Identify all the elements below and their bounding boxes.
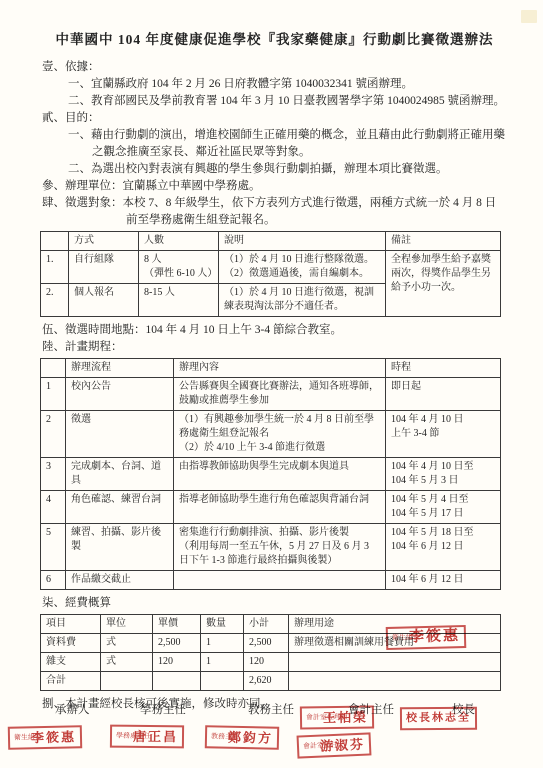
stamp-name: 鄭鈞方: [228, 729, 273, 747]
section-basis-heading: 壹、依據：: [42, 59, 507, 76]
document-body: 中華國中 104 年度健康促進學校『我家藥健康』行動劇比賽徵選辦法 壹、依據： …: [0, 30, 543, 713]
table-cell: 即日起: [386, 378, 501, 411]
column-header: 時程: [386, 359, 501, 378]
table-cell-note: 全程參加學生給予嘉獎兩次，得獎作品學生另給予小功一次。: [386, 251, 501, 317]
table-cell: 2: [41, 411, 66, 458]
table-row: 合計 2,620: [41, 672, 501, 691]
table-cell: 公告縣賽與全國賽比賽辦法，通知各班導師，鼓勵或推薦學生參加: [174, 378, 386, 411]
table-cell: 8-15 人: [139, 284, 219, 317]
column-header: 單位: [101, 615, 153, 634]
table-row: 1 校內公告 公告縣賽與全國賽比賽辦法，通知各班導師，鼓勵或推薦學生參加 即日起: [41, 378, 501, 411]
table-cell: 由指導教師協助與學生完成劇本與道具: [174, 458, 386, 491]
table-cell: 2,500: [244, 634, 289, 653]
table-cell: [289, 653, 501, 672]
stamp-name: 王柏榮: [323, 709, 368, 727]
table-cell: 2.: [41, 284, 69, 317]
section-budget-heading: 柒、經費概算: [42, 595, 507, 612]
table-cell: 1: [201, 653, 244, 672]
stamp-accounting-director: 會計室主任 游淑芬: [297, 732, 372, 758]
basis-item-2: 二、教育部國民及學前教育署 104 年 3 月 10 日臺教國署學字第 1040…: [68, 93, 507, 110]
table-cell: [289, 672, 501, 691]
table-cell: 104 年 5 月 18 日至 104 年 6 月 12 日: [386, 524, 501, 571]
table-cell: 密集進行行動劇排演、拍攝、影片後製 （利用每周一至五午休，5 月 27 日及 6…: [174, 524, 386, 571]
document-page: 中華國中 104 年度健康促進學校『我家藥健康』行動劇比賽徵選辦法 壹、依據： …: [0, 0, 543, 768]
sig-label-handler: 承辦人: [55, 702, 90, 719]
column-header: [41, 359, 66, 378]
column-header: 數量: [201, 615, 244, 634]
table-cell: 1: [201, 634, 244, 653]
table-cell: 式: [101, 634, 153, 653]
table-row: 4 角色確認、練習台詞 指導老師協助學生進行角色確認與背誦台詞 104 年 5 …: [41, 491, 501, 524]
column-header: 小計: [244, 615, 289, 634]
table-cell: 8 人 （彈性 6-10 人）: [139, 251, 219, 284]
table-cell: 自行組隊: [69, 251, 139, 284]
table-cell: 1: [41, 378, 66, 411]
table-row: 6 作品繳交截止 104 年 6 月 12 日: [41, 571, 501, 590]
stamp-name: 李筱惠: [409, 628, 460, 646]
scan-artifact: [521, 10, 537, 23]
section-time-place: 伍、徵選時間地點：104 年 4 月 10 日上午 3-4 節綜合教室。: [42, 322, 507, 339]
column-header: 項目: [41, 615, 101, 634]
selection-method-table: 方式 人數 說明 備註 1. 自行組隊 8 人 （彈性 6-10 人） （1）於…: [40, 231, 501, 317]
column-header: 人數: [139, 232, 219, 251]
column-header: 備註: [386, 232, 501, 251]
table-row: 1. 自行組隊 8 人 （彈性 6-10 人） （1）於 4 月 10 日進行整…: [41, 251, 501, 284]
table-cell: 120: [153, 653, 201, 672]
stamp-title: 會計室佐理員: [306, 714, 321, 722]
section-purpose-heading: 貳、目的：: [42, 110, 507, 127]
table-header-row: 方式 人數 說明 備註: [41, 232, 501, 251]
schedule-table: 辦理流程 辦理內容 時程 1 校內公告 公告縣賽與全國賽比賽辦法，通知各班導師，…: [40, 358, 501, 590]
table-cell: [153, 672, 201, 691]
stamp-title: 衛生組長: [14, 734, 29, 742]
table-cell: 雜支: [41, 653, 101, 672]
section-organizer: 參、辦理單位：宜蘭縣立中華國中學務處。: [42, 178, 507, 195]
stamp-name: 唐正昌: [133, 728, 178, 745]
sig-label-student-affairs: 學務主任: [140, 702, 186, 719]
budget-area: 項目 單位 單價 數量 小計 辦理用途 資料費 式 2,500 1 2,500 …: [42, 614, 507, 691]
table-row: 雜支 式 120 1 120: [41, 653, 501, 672]
document-title: 中華國中 104 年度健康促進學校『我家藥健康』行動劇比賽徵選辦法: [42, 30, 507, 50]
table-cell: [201, 672, 244, 691]
stamp-title: 會計室主任: [303, 742, 318, 750]
table-cell: 6: [41, 571, 66, 590]
stamp-title: 教務主任: [211, 733, 226, 741]
stamp-name: 校長林志全: [406, 710, 471, 727]
table-cell: 2,620: [244, 672, 289, 691]
table-cell: 5: [41, 524, 66, 571]
table-cell: 2,500: [153, 634, 201, 653]
column-header: [41, 232, 69, 251]
table-cell: （1）有興趣參加學生統一於 4 月 8 日前至學務處衛生組登記報名 （2）於 4…: [174, 411, 386, 458]
sig-label-academic-affairs: 教務主任: [248, 702, 294, 719]
section-schedule-heading: 陸、計畫期程：: [42, 339, 507, 356]
signature-block: 承辦人 學務主任 教務主任 會計主任 校長 衛生組長 李筱惠 學務處主任 唐正昌…: [42, 700, 502, 766]
table-cell: 104 年 5 月 4 日至 104 年 5 月 17 日: [386, 491, 501, 524]
table-cell: 資料費: [41, 634, 101, 653]
column-header: 辦理流程: [66, 359, 174, 378]
table-cell: 練習、拍攝、影片後製: [66, 524, 174, 571]
column-header: 辦理內容: [174, 359, 386, 378]
basis-item-1: 一、宜蘭縣政府 104 年 2 月 26 日府教體字第 1040032341 號…: [68, 76, 507, 93]
table-cell: 指導老師協助學生進行角色確認與背誦台詞: [174, 491, 386, 524]
stamp-accounting-clerk: 會計室佐理員 王柏榮: [300, 705, 374, 729]
table-cell: 104 年 4 月 10 日至 104 年 5 月 3 日: [386, 458, 501, 491]
table-cell: （1）於 4 月 10 日進行徵選，視訓練表現淘汰部分不適任者。: [219, 284, 386, 317]
table-cell: 角色確認、練習台詞: [66, 491, 174, 524]
section-target: 肆、徵選對象：本校 7、8 年級學生，依下方表列方式進行徵選，兩種方式統一於 4…: [42, 195, 507, 229]
table-cell: 1.: [41, 251, 69, 284]
table-cell: 3: [41, 458, 66, 491]
table-cell: 個人報名: [69, 284, 139, 317]
stamp-student-affairs-director: 學務處主任 唐正昌: [110, 725, 184, 749]
table-cell: [101, 672, 153, 691]
table-cell: 120: [244, 653, 289, 672]
table-cell: 4: [41, 491, 66, 524]
table-header-row: 辦理流程 辦理內容 時程: [41, 359, 501, 378]
column-header: 說明: [219, 232, 386, 251]
table-cell: 完成劇本、台詞、道具: [66, 458, 174, 491]
stamp-name: 李筱惠: [31, 728, 76, 746]
table-cell: 104 年 4 月 10 日 上午 3-4 節: [386, 411, 501, 458]
stamp-health-section-chief: 衛生組長 李筱惠: [8, 725, 82, 750]
table-row: 3 完成劇本、台詞、道具 由指導教師協助與學生完成劇本與道具 104 年 4 月…: [41, 458, 501, 491]
stamp-title: 衛生組長: [392, 634, 407, 642]
column-header: 方式: [69, 232, 139, 251]
purpose-item-2: 二、為選出校內對表演有興趣的學生參與行動劇拍攝，辦理本項比賽徵選。: [68, 161, 507, 178]
stamp-principal: 校長林志全: [400, 707, 477, 731]
stamp-health-section-chief: 衛生組長 李筱惠: [386, 625, 467, 650]
table-row: 2 徵選 （1）有興趣參加學生統一於 4 月 8 日前至學務處衛生組登記報名 （…: [41, 411, 501, 458]
purpose-item-1: 一、藉由行動劇的演出，增進校園師生正確用藥的概念，並且藉由此行動劇將正確用藥之觀…: [68, 127, 507, 161]
column-header: 單價: [153, 615, 201, 634]
table-cell: [174, 571, 386, 590]
stamp-title: 學務處主任: [116, 732, 131, 740]
table-cell: 作品繳交截止: [66, 571, 174, 590]
table-cell: （1）於 4 月 10 日進行整隊徵選。 （2）徵選通過後，需自編劇本。: [219, 251, 386, 284]
stamp-academic-affairs-director: 教務主任 鄭鈞方: [205, 725, 279, 750]
stamp-name: 游淑芬: [320, 736, 366, 755]
table-cell: 徵選: [66, 411, 174, 458]
table-row: 5 練習、拍攝、影片後製 密集進行行動劇排演、拍攝、影片後製 （利用每周一至五午…: [41, 524, 501, 571]
table-cell: 合計: [41, 672, 101, 691]
table-cell: 式: [101, 653, 153, 672]
table-cell: 校內公告: [66, 378, 174, 411]
table-cell: 104 年 6 月 12 日: [386, 571, 501, 590]
